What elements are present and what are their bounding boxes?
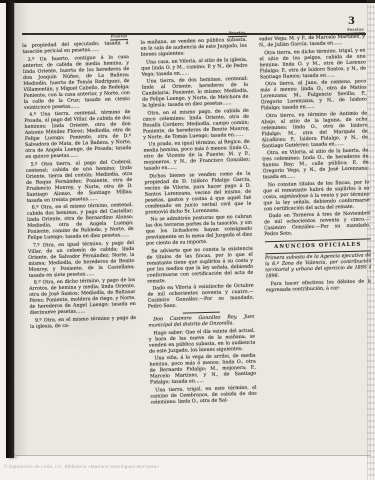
- paragraph: Dado en Viloria á veintiocho de Octubre …: [147, 284, 254, 311]
- paragraph: Primera subasta de la Agencia ejecutiva …: [265, 254, 371, 281]
- section-divider-rule: [183, 312, 219, 314]
- valuation-pesetas: 140: [244, 69, 258, 76]
- auction-lot-entry: Una tierra, de dos heminas, centenal: li…: [142, 77, 249, 110]
- auction-lot-entry: Otra, en el mismo pago, de cabida de cin…: [142, 109, 249, 142]
- paragraph: Dichos bienes se venden como de la propi…: [144, 172, 251, 217]
- valuation-pesetas: 25: [250, 164, 258, 171]
- library-watermark: © Diputación de León. I.C. Biblioteca «M…: [4, 464, 364, 469]
- paragraph: la mañana, se venden en pública subasta,…: [140, 38, 247, 59]
- auction-lot-entry: Una viña, á la vega de arriba, de media …: [149, 354, 256, 387]
- paragraph: Don Casimiro González Rey, Juez municipa…: [148, 315, 255, 330]
- auction-lot-entry: 8.º Otra, en dicho término, y pago de lo…: [29, 278, 136, 317]
- valuation-pesetas: 15: [249, 132, 258, 139]
- gazette-page: 3 Pesetas la propiedad del ejecutado; ta…: [15, 3, 371, 456]
- valuation-pesetas: 300: [130, 47, 140, 54]
- auction-lot-entry: 5.º Otra tierra, al pago del Coderal, ce…: [26, 160, 133, 205]
- paragraph: 9.º Otra, en el mismo término y pago de …: [30, 316, 137, 331]
- auction-lot-entry: 6.º Otra, en el mismo término, centenal,…: [27, 203, 134, 242]
- scanned-document-page: 3 Pesetas la propiedad del ejecutado; ta…: [0, 0, 375, 480]
- paragraph: No constan títulos de las fincas, por lo…: [263, 180, 370, 213]
- valuation-pesetas: 10: [133, 233, 139, 240]
- valuation-pesetas: 30: [132, 195, 140, 202]
- auction-lot-entry: 3.º Un huerto, contiguo á la casa anteri…: [23, 55, 131, 112]
- valuation-pesetas: 19: [136, 308, 140, 315]
- scan-edge-noise: [367, 0, 375, 480]
- auction-lot-entry: vador Vega; M. y P., de Marcelo Martínez…: [259, 35, 366, 50]
- valuation-pesetas: 10: [248, 101, 258, 108]
- page-number: 3: [348, 16, 355, 27]
- auction-lot-entry: Otra tierra, en dicho término, trigal, y…: [259, 48, 366, 81]
- valuation-pesetas: 125: [127, 102, 140, 109]
- book-spine-shadow: [6, 2, 14, 458]
- section-heading: ANUNCIOS OFICIALES: [264, 239, 371, 254]
- pesetas-label: Pesetas: [110, 34, 129, 40]
- paragraph: Una tierra, trigal, en este término, al …: [150, 386, 257, 407]
- pesetas-label: Pesetas: [228, 31, 247, 37]
- text-columns: Pesetas la propiedad del ejecutado; tasa…: [22, 27, 371, 454]
- column-1: Pesetas la propiedad del ejecutado; tasa…: [22, 34, 140, 455]
- column-3: Pesetas vador Vega; M. y P., de Marcelo …: [259, 27, 371, 448]
- auction-lot-entry: 4.º Una tierra, centenal, término de Pos…: [24, 110, 132, 161]
- auction-lot-entry: Una casa, en Viloria, al sitio de la igl…: [141, 57, 248, 78]
- paragraph: Se advierte que no consta la existencia …: [146, 247, 253, 286]
- auction-lot-entry: Otra, en Viloria, al sitio de la huerta,…: [262, 149, 369, 182]
- valuation-pesetas: 15: [131, 152, 140, 159]
- auction-lot-entry: Otra tierra, al Jano, de centeno, poco m…: [260, 80, 367, 113]
- auction-lot-entry: la propiedad del ejecutado; tasada á tas…: [22, 41, 129, 56]
- valuation-pesetas: 15: [256, 378, 258, 385]
- auction-lot-entry: Un prado, en igual término, al Regico, d…: [143, 140, 250, 173]
- paragraph: No se admitirán posturas que no cubran l…: [145, 215, 252, 248]
- paragraph: Dado en Torneros á tres de Noviembre de …: [264, 212, 371, 239]
- auction-lot-entry: Otra tierra, en término de Antimio de Ab…: [261, 111, 368, 150]
- paragraph: Para hacer efectivos los débitos de la e…: [266, 279, 371, 294]
- column-2: Pesetas la mañana, se venden en pública …: [140, 31, 258, 452]
- pesetas-label: Pesetas: [346, 27, 365, 33]
- valuation-pesetas: 7: [138, 270, 140, 276]
- paragraph: Hago saber: Que el día veinte del actual…: [149, 328, 256, 355]
- auction-lot-entry: 7.º Otra, en igual término, y pago del V…: [28, 241, 135, 280]
